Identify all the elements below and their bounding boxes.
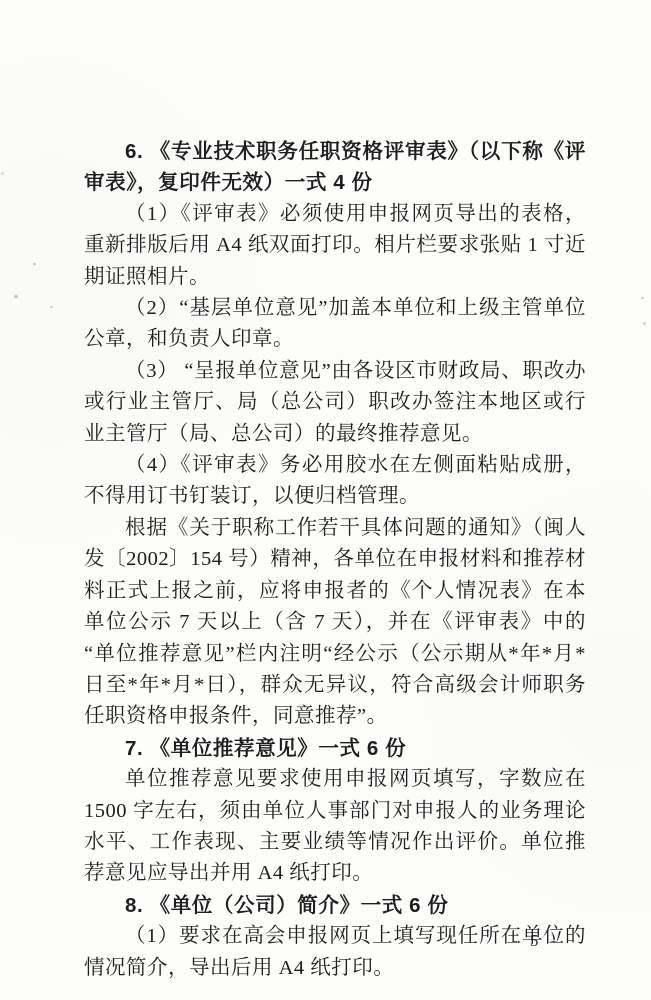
document-text-block: 6. 《专业技术职务任职资格评审表》（以下称《评审表》，复印件无效）一式 4 份… <box>84 136 586 984</box>
section-7-body: 单位推荐意见要求使用申报网页填写，字数应在 1500 字左右，须由单位人事部门对… <box>84 764 586 890</box>
section-6-sub-2: （2）“基层单位意见”加盖本单位和上级主管单位公章，和负责人印章。 <box>84 293 586 356</box>
scanned-document-page: 6. 《专业技术职务任职资格评审表》（以下称《评审表》，复印件无效）一式 4 份… <box>0 0 651 1000</box>
scan-speck <box>14 295 18 298</box>
scan-speck <box>643 322 646 325</box>
section-7-heading: 7. 《单位推荐意见》一式 6 份 <box>84 733 586 764</box>
section-6-note: 根据《关于职称工作若干具体问题的通知》（闽人发〔2002〕154 号）精神，各单… <box>84 513 586 733</box>
scan-speck <box>50 306 53 308</box>
scan-speck <box>33 263 36 265</box>
page-number: - 5 - <box>512 931 560 951</box>
section-6-heading: 6. 《专业技术职务任职资格评审表》（以下称《评审表》，复印件无效）一式 4 份 <box>84 136 586 199</box>
section-6-sub-1: （1）《评审表》必须使用申报网页导出的表格，重新排版后用 A4 纸双面打印。相片… <box>84 199 586 293</box>
section-6-sub-3: （3） “呈报单位意见”由各设区市财政局、职改办或行业主管厅、局（总公司）职改办… <box>84 356 586 450</box>
section-6-sub-4: （4）《评审表》务必用胶水在左侧面粘贴成册，不得用订书钉装订，以便归档管理。 <box>84 450 586 513</box>
section-8-heading: 8. 《单位（公司）简介》一式 6 份 <box>84 890 586 921</box>
scan-speck <box>1 172 4 175</box>
section-8-sub-1: （1）要求在高会申报网页上填写现任所在单位的情况简介，导出后用 A4 纸打印。 <box>84 921 586 984</box>
scan-speck <box>641 297 644 299</box>
